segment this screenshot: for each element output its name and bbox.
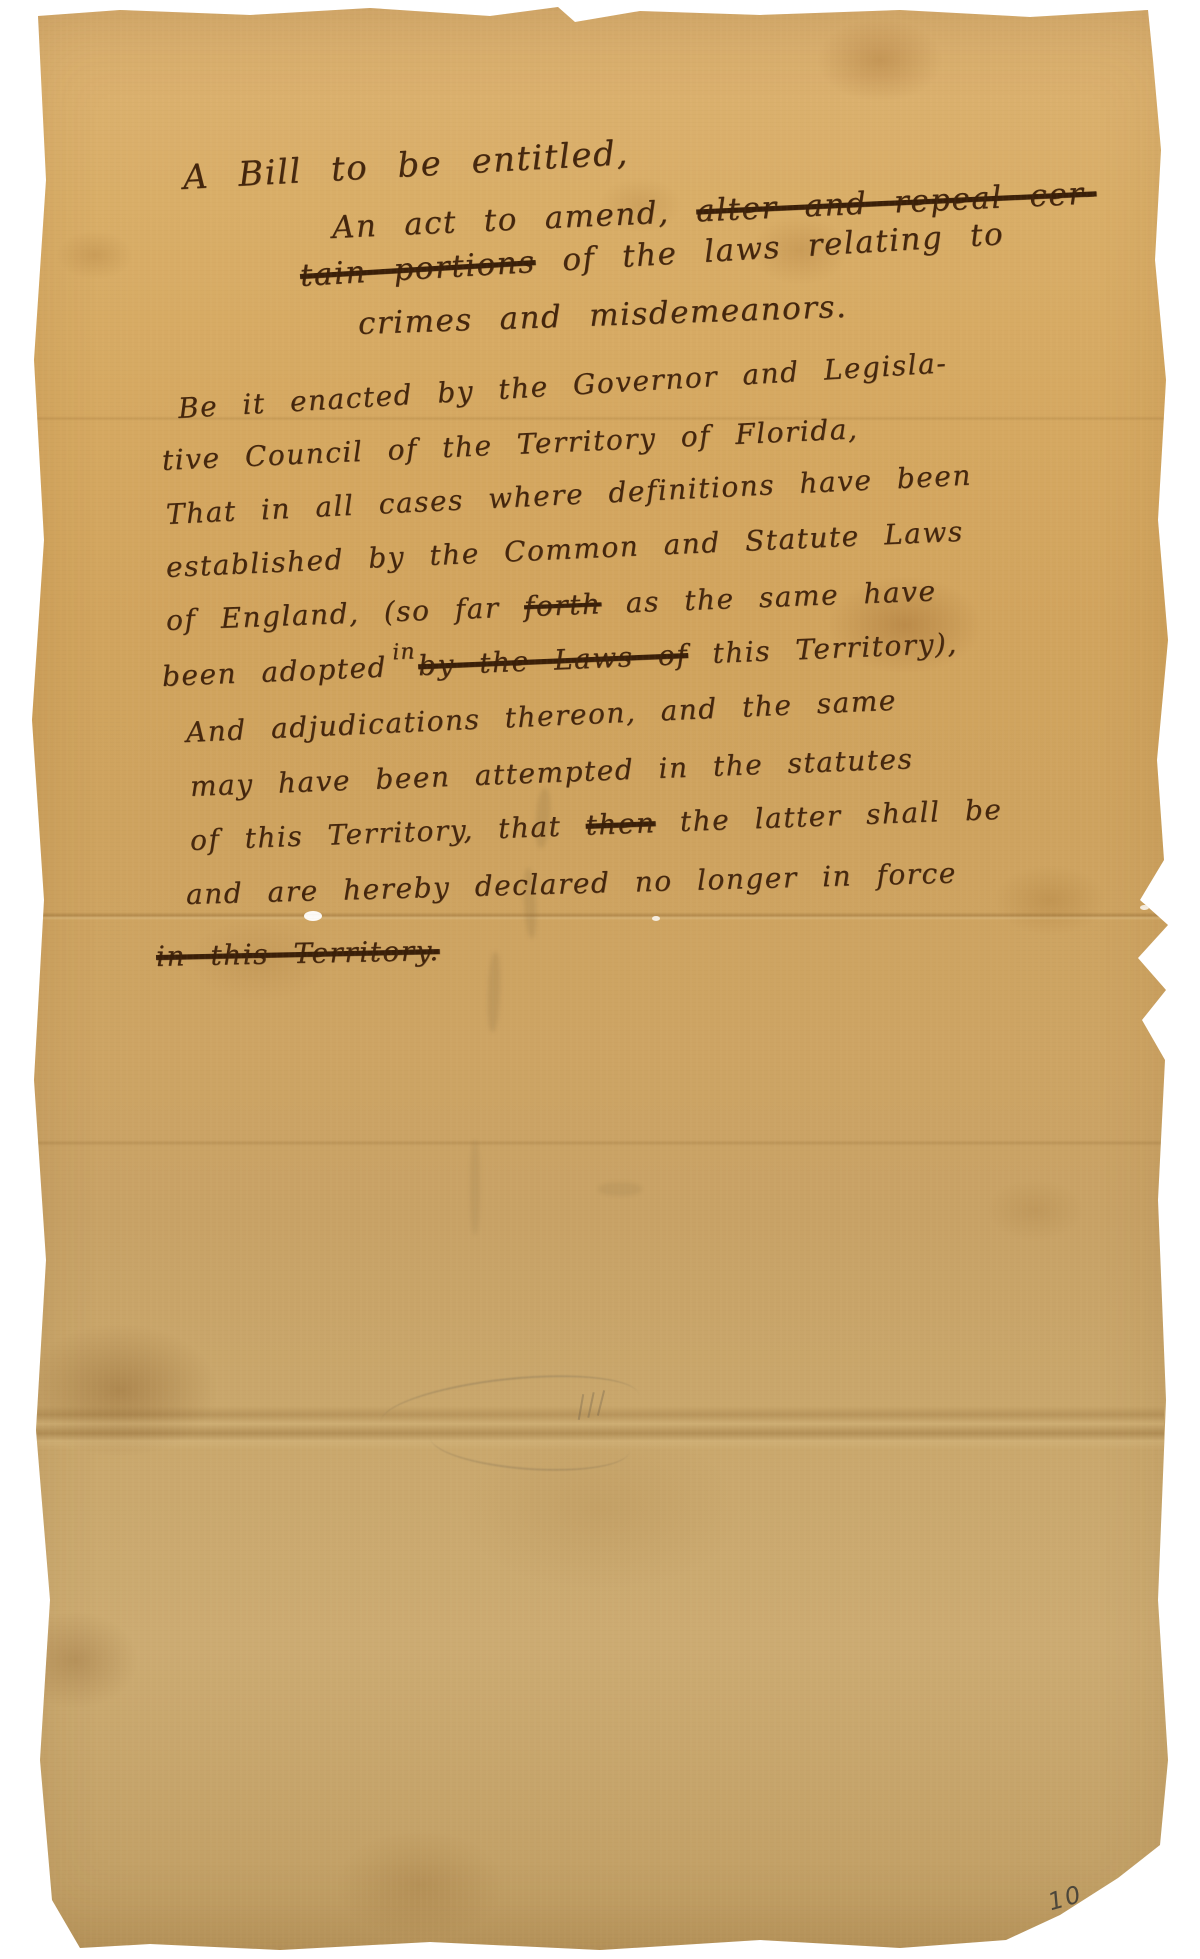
body-line-10: and are hereby declared no longer in for… (186, 856, 958, 911)
heading-line-4-text: crimes and misdemeanors. (357, 289, 848, 342)
page-number: 10 (1045, 1880, 1086, 1916)
struck-text: in this Territory. (156, 934, 440, 973)
body-line-6-text: this Territory), (687, 627, 958, 671)
body-line-2: tive Council of the Territory of Florida… (161, 412, 859, 477)
body-line-5: of England, (so far forth as the same ha… (165, 574, 937, 637)
bleed-through-mark (470, 1140, 480, 1235)
struck-text: forth (523, 587, 602, 623)
body-line-8: may have been attempted in the statutes (189, 742, 914, 803)
glare-spot (652, 916, 660, 921)
body-line-8-text: may have been attempted in the statutes (189, 742, 914, 803)
glare-spot (304, 911, 322, 921)
body-line-9-text: the latter shall be (655, 793, 1003, 839)
scan-background: A Bill to be entitled, An act to amend, … (0, 0, 1200, 1959)
body-line-9-text: of this Territory, that (189, 809, 586, 857)
struck-text: then (585, 806, 656, 842)
paper-sheet: A Bill to be entitled, An act to amend, … (0, 0, 1200, 1959)
fold-crease (36, 1406, 1164, 1450)
interlined-insertion: in (392, 639, 416, 665)
struck-text: tain portions (299, 244, 537, 294)
bleed-through-mark (598, 1182, 642, 1196)
struck-text: alter and repeal cer- (695, 175, 1097, 229)
bleed-through-mark (487, 952, 502, 1032)
body-line-7-text: And adjudications thereon, and the same (185, 684, 897, 749)
body-line-10-text: and are hereby declared no longer in for… (186, 856, 958, 911)
heading-line-1: A Bill to be entitled, (182, 133, 630, 198)
heading-line-4: crimes and misdemeanors. (357, 289, 848, 342)
body-line-9: of this Territory, that then the latter … (189, 793, 1003, 857)
body-line-6-text: been adopted (161, 651, 387, 693)
pencil-tick (597, 1390, 605, 1416)
pencil-smudge (377, 1365, 642, 1454)
pencil-smudge (428, 1411, 631, 1477)
body-line-6: been adoptedinby the Laws of this Territ… (161, 627, 958, 693)
glare-spot (1140, 905, 1149, 910)
body-line-5-text: as the same have (601, 574, 937, 620)
body-line-5-text: of England, (so far (165, 590, 524, 637)
fold-crease (36, 912, 1164, 920)
body-line-2-text: tive Council of the Territory of Florida… (161, 412, 859, 477)
pencil-tick (578, 1394, 584, 1420)
body-line-7: And adjudications thereon, and the same (185, 684, 897, 749)
fold-crease (36, 1140, 1164, 1146)
struck-text: by the Laws of (417, 638, 688, 682)
body-line-11: in this Territory. (156, 934, 440, 973)
heading-line-1-text: A Bill to be entitled, (182, 133, 630, 198)
pencil-tick (587, 1392, 594, 1418)
